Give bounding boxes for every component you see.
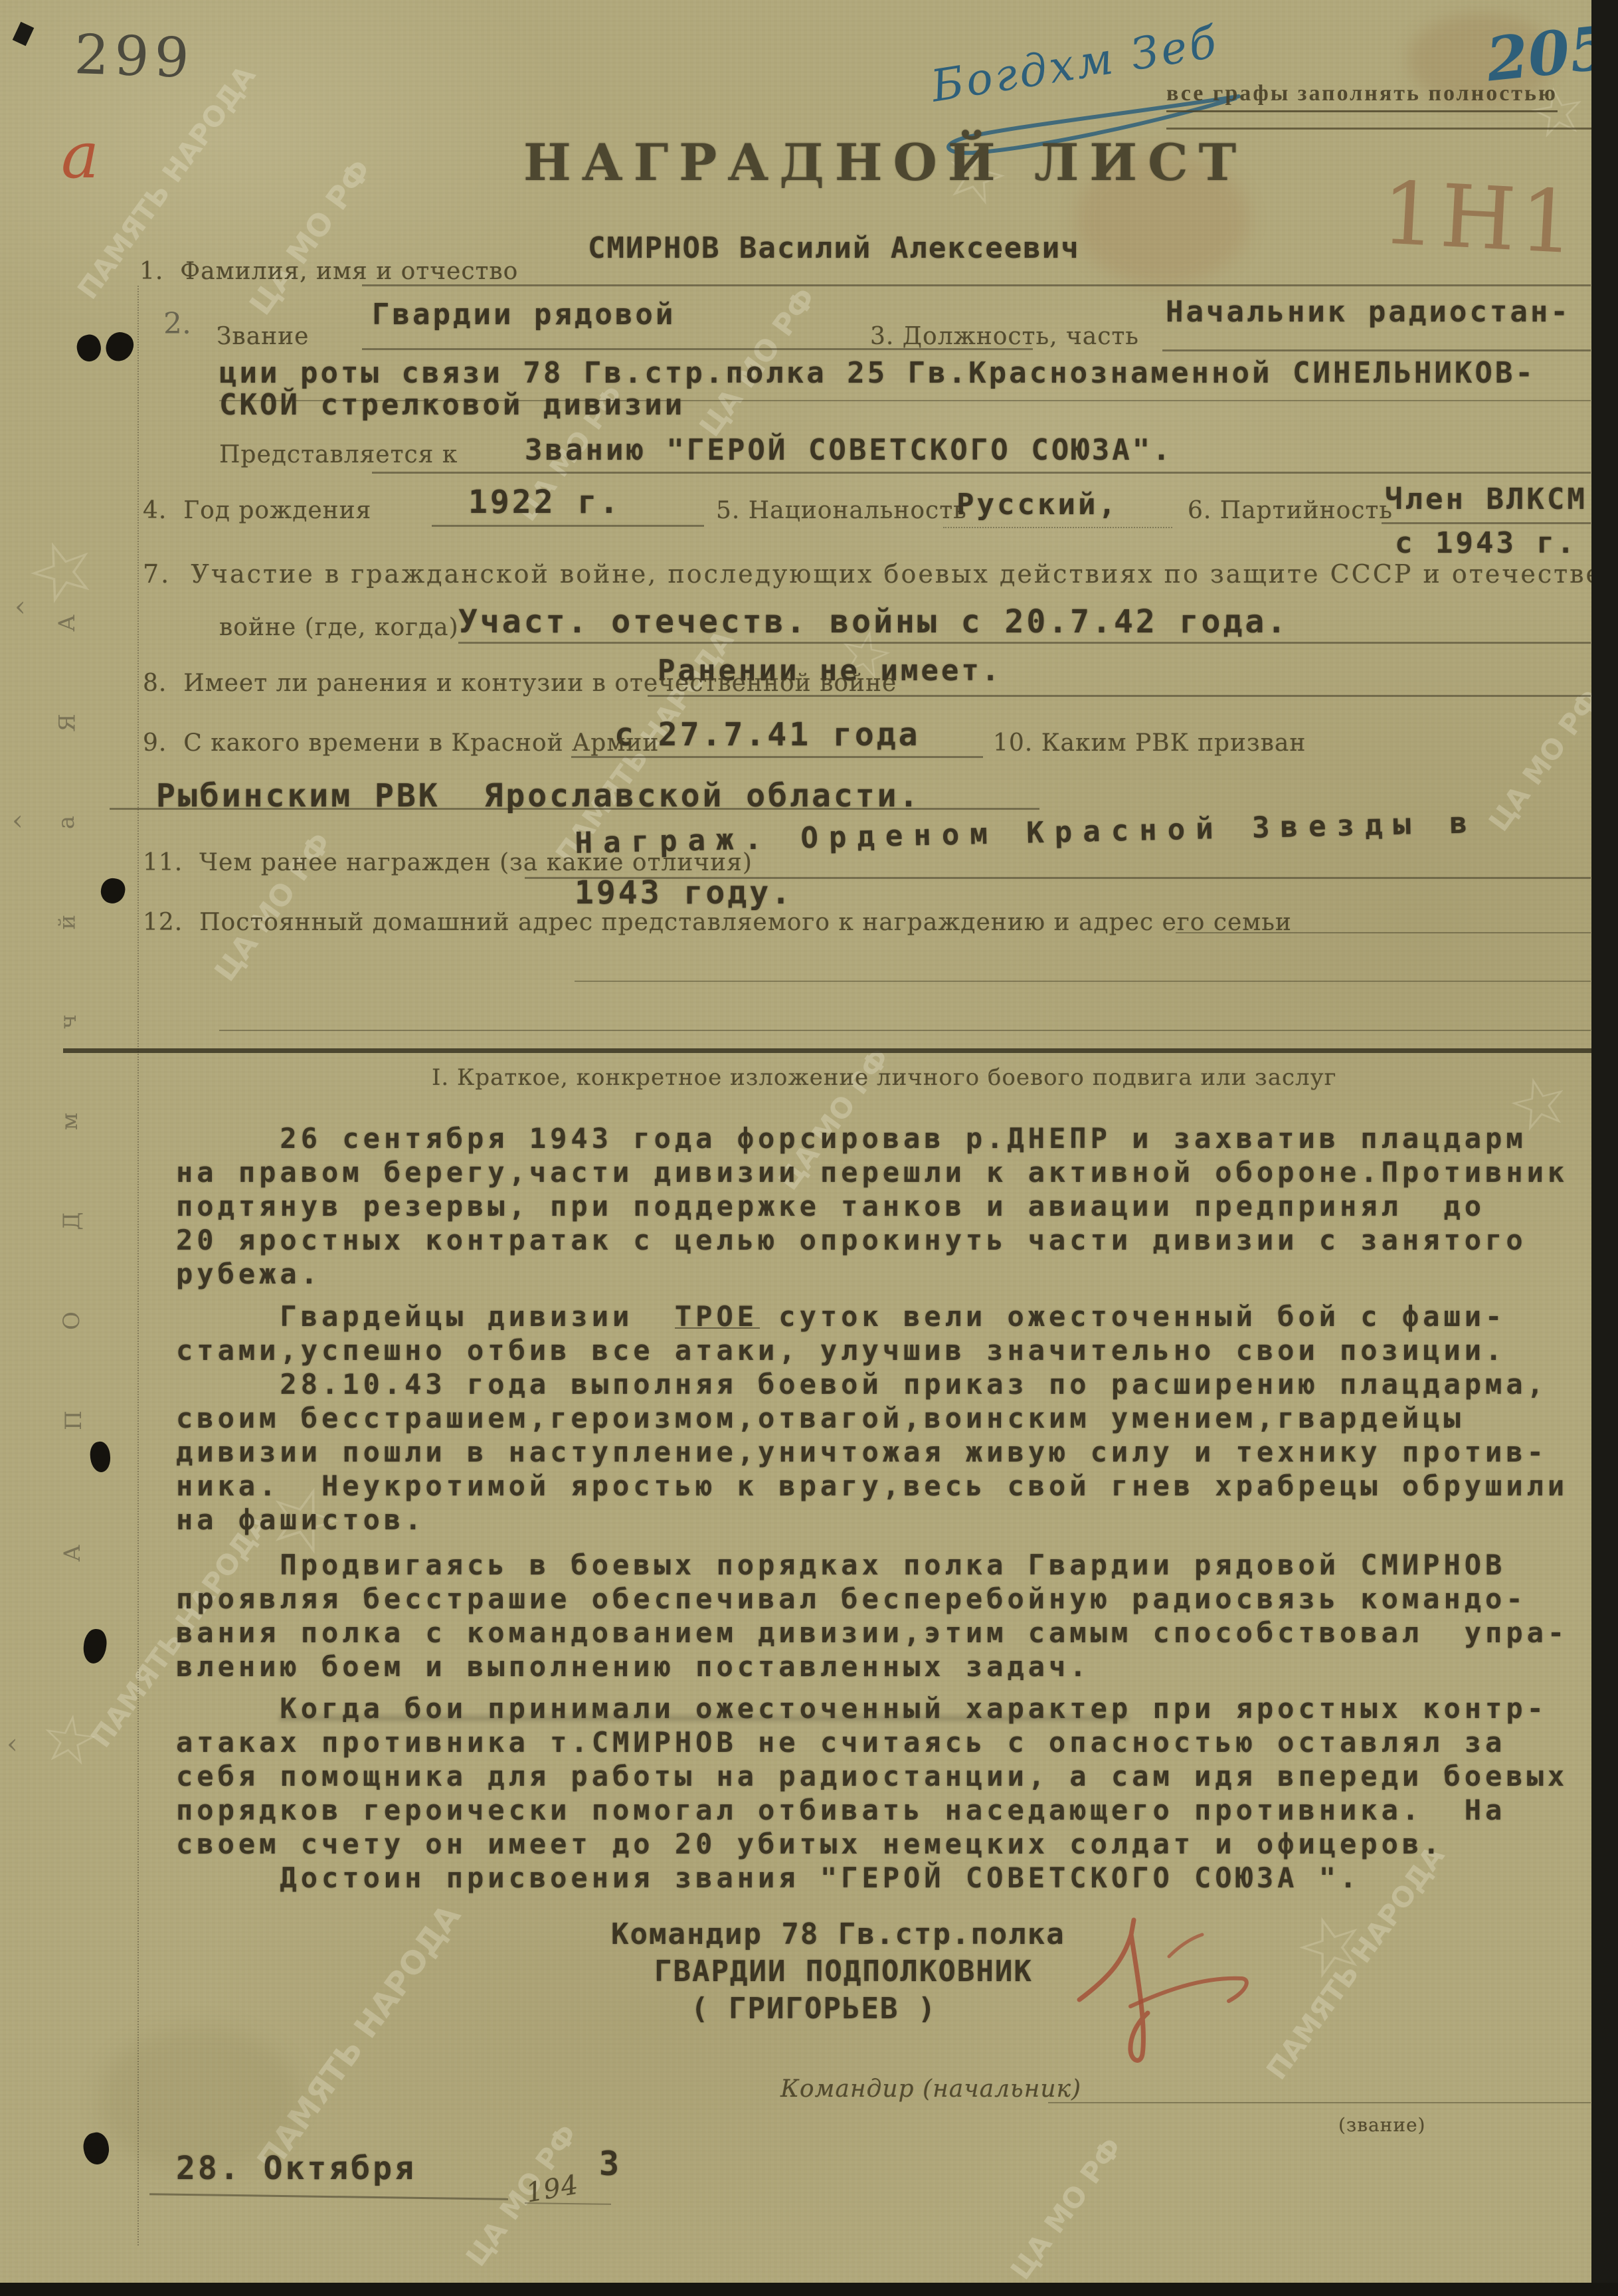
commander-signature-ink: [1043, 1893, 1269, 2079]
field6-value-line2: с 1943 г.: [1395, 526, 1577, 560]
ink-blob: [82, 1628, 108, 1664]
section-divider: [63, 1048, 1594, 1053]
page-number-pencil: 299: [73, 23, 195, 90]
ruled-line: [149, 2193, 508, 2200]
field8-label: 8. Имеет ли ранения и контузии в отечест…: [143, 670, 897, 697]
field2-value: Гвардии рядовой: [372, 298, 675, 332]
scan-edge-right: [1591, 0, 1618, 2296]
field4-value: 1922 г.: [468, 484, 621, 521]
ruled-line: [575, 981, 1591, 982]
field9-value: с 27.7.41 года: [614, 716, 921, 753]
watermark-archive: ЦА МО РФ: [242, 153, 379, 322]
stamp-underline: [1166, 128, 1591, 130]
citation-paragraph-2: Гвардейцы дивизии ТРОЕ суток вели ожесто…: [176, 1299, 1506, 1367]
signature-rank-line: ГВАРДИИ ПОДПОЛКОВНИК: [654, 1955, 1033, 1988]
recipient-name: СМИРНОВ Василий Алексеевич: [588, 231, 1080, 265]
citation-paragraph-1: 26 сентября 1943 года форсировав р.ДНЕПР…: [176, 1121, 1568, 1291]
ruled-line: [458, 642, 1591, 644]
margin-pencil-letter: А: [54, 615, 80, 632]
field11-value-line2: 1943 году.: [575, 874, 793, 911]
ruled-line: [372, 472, 1591, 474]
field1-label: 1. Фамилия, имя и отчество: [139, 258, 518, 285]
ink-blob: [88, 1440, 112, 1474]
field9-label: 9. С какого времени в Красной Армии: [143, 729, 659, 757]
ruled-line: [648, 695, 1591, 697]
field7-label-line1: 7. Участие в гражданской войне, последую…: [143, 559, 1618, 589]
margin-pencil-letter: а: [53, 816, 80, 829]
document-title: НАГРАДНОЙ ЛИСТ: [523, 133, 1247, 192]
date-day-month: 28. Октября: [176, 2150, 416, 2187]
margin-pencil-letter: ч: [55, 1014, 82, 1029]
citation-paragraph-3: 28.10.43 года выполняя боевой приказ по …: [176, 1367, 1568, 1537]
citation-paragraph-4: Продвигаясь в боевых порядках полка Гвар…: [176, 1548, 1568, 1683]
date-year-digit: 3: [599, 2145, 622, 2183]
watermark-archive: ЦА МО РФ: [1483, 684, 1607, 838]
ruled-line: [1048, 2102, 1591, 2103]
field5-label: 5. Национальность: [716, 497, 967, 524]
field6-value-line1: Член ВЛКСМ: [1385, 482, 1587, 516]
margin-pencil-letter: Я: [54, 714, 81, 731]
presented-for-label: Представляется к: [219, 441, 458, 468]
ruled-line: [1162, 349, 1591, 351]
ink-blob: [80, 2131, 112, 2167]
star-watermark: ☆: [35, 1697, 104, 1782]
margin-pencil-letter: О: [58, 1311, 85, 1330]
ruled-line: [362, 284, 1591, 286]
field2-number: 2.: [163, 307, 191, 341]
citation-paragraph-5: Когда бои принимали ожесточенный характе…: [176, 1691, 1568, 1895]
field10-label: 10. Каким РВК призван: [993, 729, 1306, 757]
field3-value-line3: СКОЙ стрелковой дивизии: [219, 388, 685, 422]
award-sheet-scan: ЦА МО РФ ЦА МО РФ ПАМЯТЬ НАРОДА ЦА МО РФ…: [0, 0, 1618, 2296]
margin-rule: [137, 286, 139, 2246]
ruled-line: [110, 808, 1039, 810]
pencil-chevron: ‹: [7, 1727, 18, 1760]
scan-edge-bottom: [0, 2283, 1618, 2296]
ruled-line: [432, 525, 704, 527]
margin-pencil-letter: П: [60, 1410, 87, 1430]
rank-form-label: (звание): [1338, 2114, 1425, 2136]
pencil-tally-mark: 1Н1: [1379, 162, 1581, 273]
field3-value-line1: Начальник радиостан-: [1166, 295, 1571, 329]
field3-value-line2: ции роты связи 78 Гв.стр.полка 25 Гв.Кра…: [219, 356, 1536, 390]
field2-label: Звание: [217, 323, 309, 350]
margin-pencil-letter: м: [56, 1113, 83, 1130]
field7-label-line2: войне (где, когда): [219, 614, 459, 641]
pencil-chevron: ‹: [12, 804, 23, 836]
commander-form-label: Командир (начальник): [780, 2075, 1081, 2103]
field11-label: 11. Чем ранее награжден (за какие отличи…: [143, 849, 753, 876]
watermark-archive: ЦА МО РФ: [1004, 2132, 1128, 2286]
margin-pencil-letter: А: [59, 1545, 86, 1562]
ruled-line: [571, 756, 983, 758]
ruled-line: [1176, 932, 1591, 933]
signature-unit-line: Командир 78 Гв.стр.полка: [611, 1917, 1065, 1951]
section1-heading: I. Краткое, конкретное изложение личного…: [432, 1064, 1336, 1091]
ink-blob: [74, 332, 104, 364]
field12-label: 12. Постоянный домашний адрес представля…: [143, 909, 1292, 936]
ink-blob: [99, 876, 127, 906]
field5-value: Русский,: [956, 488, 1119, 522]
signature-name-line: ( ГРИГОРЬЕВ ): [691, 1992, 937, 2026]
margin-pencil-letter: Д: [58, 1212, 85, 1230]
ruled-line: [1382, 522, 1591, 524]
red-letter-mark: а: [61, 118, 99, 193]
field7-value: Участ. отечеств. войны с 20.7.42 года.: [458, 603, 1289, 640]
scan-corner-mark: [13, 22, 35, 46]
presented-for-value: Званию "ГЕРОЙ СОВЕТСКОГО СОЮЗА".: [525, 433, 1173, 467]
ruled-line: [943, 527, 1172, 528]
field3-label: 3. Должность, часть: [870, 323, 1139, 350]
ruled-line: [219, 1030, 1591, 1031]
margin-pencil-letter: й: [54, 915, 80, 930]
fill-all-fields-stamp: все графы заполнять полностью: [1166, 81, 1558, 112]
field4-label: 4. Год рождения: [143, 497, 371, 524]
field6-label: 6. Партийность: [1188, 497, 1393, 524]
pencil-chevron: ‹: [15, 590, 26, 622]
underline-troe: [675, 1327, 760, 1329]
star-watermark: ☆: [13, 516, 112, 626]
ink-blob: [102, 328, 137, 365]
star-watermark: ☆: [1283, 1891, 1379, 2001]
